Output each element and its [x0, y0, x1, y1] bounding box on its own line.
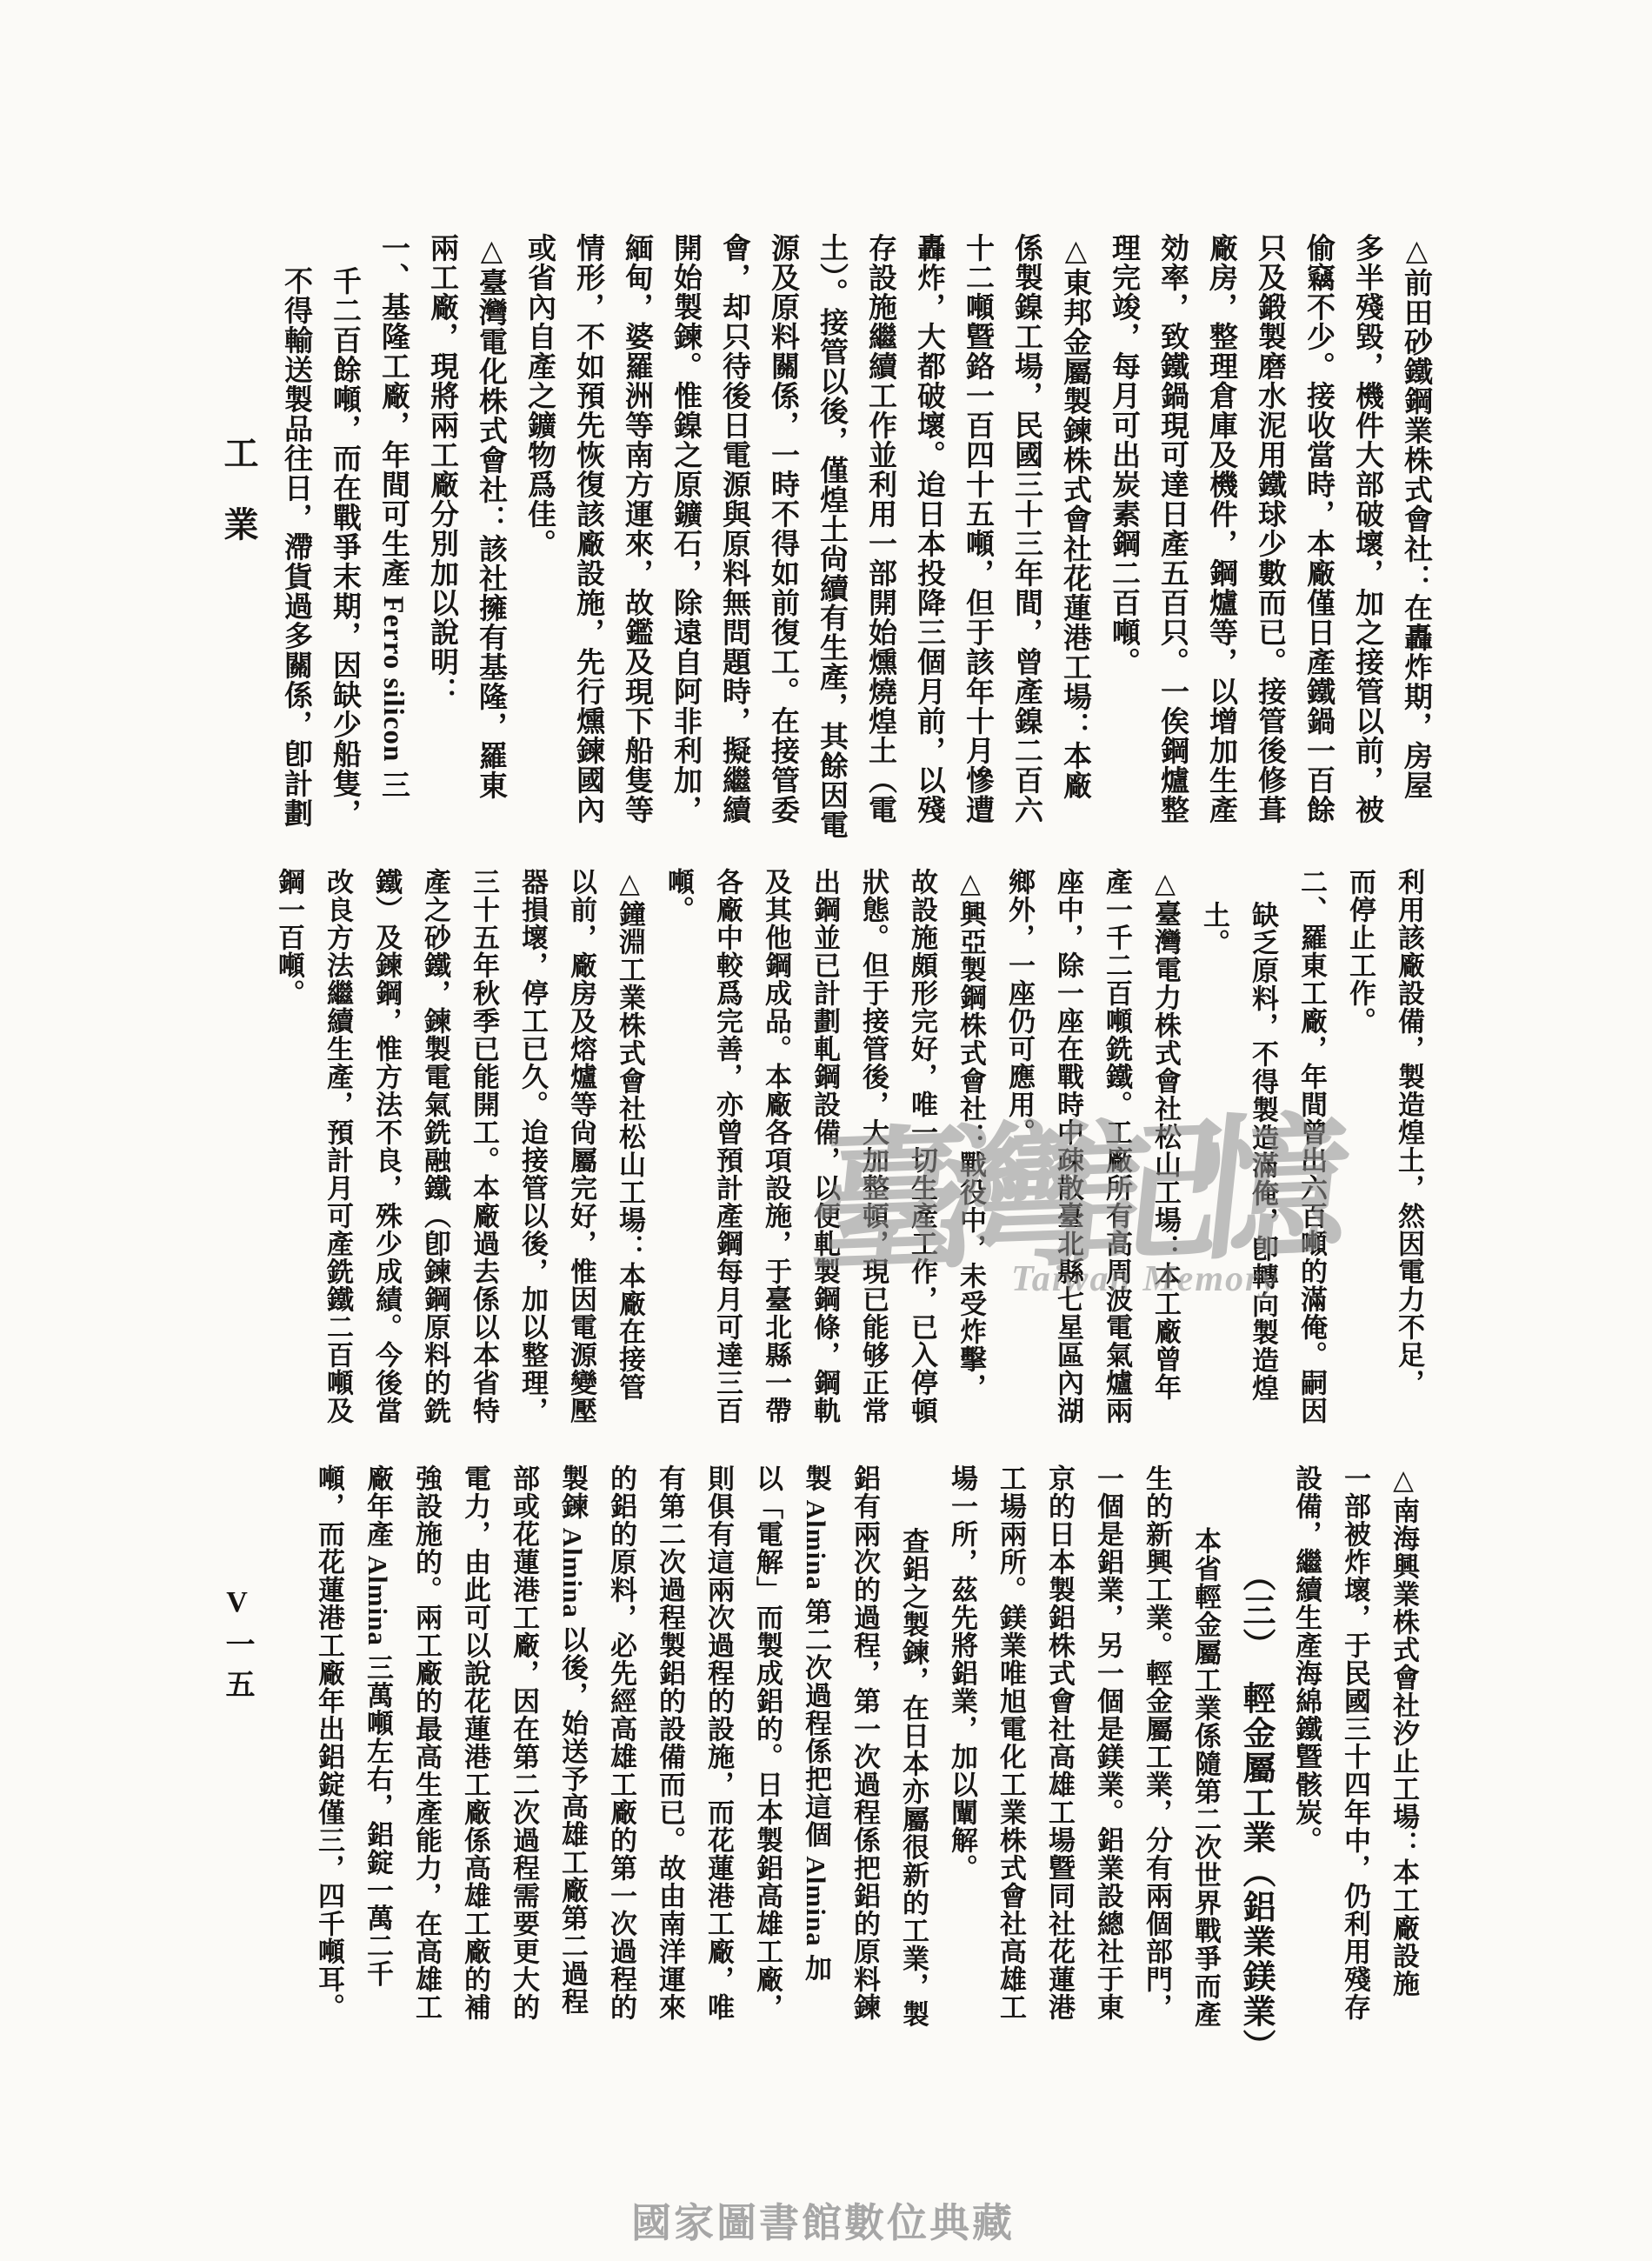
text-column: 電力，由此可以說花蓮港工廠係高雄工廠的補: [450, 1464, 499, 2021]
text-column: 查鋁之製鍊，在日本亦屬很新的工業，製: [889, 1464, 937, 2028]
text-register-1: △前田砂鐵鋼業株式會社：在轟炸期，房屋多半殘毀，機件大部破壞，加之接管以前，被偷…: [271, 233, 1440, 857]
text-column: 情形，不如預先恢復該廠設施，先行燻鍊國內: [563, 233, 612, 824]
text-column: 存設施繼續工作並利用一部開始燻燒煌土（電: [856, 233, 904, 824]
text-column: 一個是鋁業，另一個是鎂業。鋁業設總社于東: [1083, 1464, 1132, 2021]
text-column: 各廠中較爲完善，亦曾預計產鋼每月可達三百: [703, 868, 751, 1424]
text-column: 千二百餘噸，而在戰爭末期，因缺少船隻，: [320, 233, 369, 828]
text-register-3: △南海興業株式會社汐止工場：本工廠設施一部被炸壞，于民國三十四年中，仍利用殘存設…: [304, 1464, 1428, 2056]
text-column: △鐘淵工業株式會社松山工場：本廠在接管: [605, 868, 654, 1401]
text-column: 有第二次過程製鋁的設備而已。故由南洋運來: [645, 1464, 694, 2021]
text-column: 三十五年秋季已能開工。本廠過去係以本省特: [459, 868, 508, 1424]
text-column: 多半殘毀，機件大部破壞，加之接管以前，被: [1342, 233, 1391, 824]
text-column: 一部被炸壞，于民國三十四年中，仍利用殘存: [1330, 1464, 1379, 2021]
text-column: 本省輕金屬工業係隨第二次世界戰爭而產: [1181, 1464, 1229, 2028]
text-column: 一、基隆工廠，年間可生產 Ferro silicon 三: [369, 233, 417, 800]
text-column: 改良方法繼續生產，預計月可產銑鐵二百噸及: [313, 868, 362, 1424]
text-column: 土。: [1189, 868, 1238, 957]
text-column: 產之砂鐵，鍊製電氣銑融鐵（卽鍊鋼原料的銑: [410, 868, 459, 1424]
text-column: 則俱有這兩次過程的設施，而花蓮港工廠，唯: [694, 1464, 743, 2021]
text-column: 鐵）及鍊鋼，惟方法不良，殊少成績。今後當: [362, 868, 410, 1424]
text-column: 出鋼並已計劃軋鋼設備，以便軋製鋼條，鋼軌: [800, 868, 849, 1424]
text-column: 器損壞，停工已久。迨接管以後，加以整理，: [508, 868, 556, 1424]
text-column: 座中，除一座在戰時中疎散臺北縣七星區內湖: [1043, 868, 1092, 1424]
library-caption: 國家圖書館數位典藏: [631, 2191, 1015, 2249]
text-column: 場一所，茲先將鋁業，加以闡解。: [937, 1464, 986, 1882]
margin-section-label: 工業: [214, 435, 263, 577]
text-column: 緬甸，婆羅洲等南方運來，故鑑及現下船隻等: [612, 233, 661, 824]
text-column: 京的日本製鋁株式會社高雄工場曁同社花蓮港: [1035, 1464, 1083, 2021]
text-column: 而停止工作。: [1336, 868, 1384, 1035]
text-column: 只及鍛製磨水泥用鐵球少數而已。接管後修葺: [1245, 233, 1294, 824]
text-column: △東邦金屬製鍊株式會社花蓮港工場：本廠: [1050, 233, 1099, 800]
section-heading: （三） 輕金屬工業（鋁業鎂業）: [1229, 1464, 1282, 2064]
text-column: △興亞製鋼株式會社：戰役中，未受炸擊，: [946, 868, 995, 1401]
text-column: 或省內自產之鑛物爲佳。: [515, 233, 563, 558]
text-column: 生的新興工業。輕金屬工業，分有兩個部門，: [1132, 1464, 1181, 2021]
text-column: 利用該廠設備，製造煌土，然因電力不足，: [1384, 868, 1433, 1397]
scanned-document-page: { "page": { "paper_color": "#fbfaf7", "i…: [0, 0, 1652, 2261]
text-column: 係製鎳工場，民國三十三年間，曾產鎳二百六: [1002, 233, 1050, 824]
page-number: 一五: [221, 1629, 253, 1709]
text-column: 源及原料關係，一時不得如前復工。在接管委: [758, 233, 807, 824]
text-column: 強設施的。兩工廠的最高生產能力，在高雄工: [402, 1464, 450, 2021]
text-column: 設備，繼續生產海綿鐵曁骸炭。: [1282, 1464, 1330, 1854]
volume-label: V: [221, 1586, 253, 1629]
text-column: 鋁有兩次的過程，第一次過程係把鋁的原料鍊: [840, 1464, 889, 2021]
text-column: 理完竣，每月可出炭素鋼二百噸。: [1099, 233, 1148, 677]
text-column: 轟炸，大都破壞。迨日本投降三個月前，以殘: [904, 233, 953, 824]
margin-page-label: V一五: [216, 1586, 258, 1709]
text-column: 噸。: [654, 868, 703, 924]
text-column: 土）。接管以後，僅煌土尙續有生產，其餘因電: [807, 233, 856, 840]
text-column: 偷竊不少。接收當時，本廠僅日產鐵鍋一百餘: [1294, 233, 1342, 824]
text-column: △南海興業株式會社汐止工場：本工廠設施: [1379, 1464, 1428, 1998]
text-column: 製鍊 Almina 以後，始送予高雄工廠第二過程: [548, 1464, 596, 2016]
text-column: 以前，廠房及熔爐等尙屬完好，惟因電源變壓: [556, 868, 605, 1424]
text-column: 廠房，整理倉庫及機件，鋼爐等，以增加生產: [1196, 233, 1245, 824]
text-column: 部或花蓮港工廠，因在第二次過程需要更大的: [499, 1464, 548, 2021]
text-register-2: 利用該廠設備，製造煌土，然因電力不足，而停止工作。二、羅東工廠，年間曾出六百噸的…: [264, 868, 1433, 1457]
text-column: 會，却只待後日電源與原料無問題時，擬繼續: [709, 233, 758, 824]
text-column: 狀態。但于接管後，大加整頓，現已能够正常: [849, 868, 897, 1424]
text-column: 的鋁的原料，必先經高雄工廠的第一次過程的: [596, 1464, 645, 2021]
text-column: 二、羅東工廠，年間曾出六百噸的滿俺。嗣因: [1287, 868, 1336, 1424]
text-column: △臺灣電化株式會社：該社擁有基隆，羅東: [466, 233, 515, 800]
text-column: 鋼一百噸。: [264, 868, 313, 1007]
text-column: △臺灣電力株式會社松山工場：本工廠曾年: [1141, 868, 1189, 1401]
text-column: 以「電解」而製成鋁的。日本製鋁高雄工廠，: [743, 1464, 791, 2021]
text-column: 廠年產 Almina 三萬噸左右，鋁錠一萬二千: [353, 1464, 402, 1988]
text-column: 不得輸送製品往日，滯貨過多關係，卽計劃: [271, 233, 320, 828]
text-column: 鄉外，一座仍可應用。: [995, 868, 1043, 1146]
text-column: △前田砂鐵鋼業株式會社：在轟炸期，房屋: [1391, 233, 1440, 800]
text-column: 缺乏原料，不得製造滿俺，卽轉向製造煌: [1238, 868, 1287, 1402]
text-column: 兩工廠，現將兩工廠分別加以說明：: [417, 233, 466, 706]
text-column: 効率，致鐵鍋現可達日產五百只。一俟鋼爐整: [1148, 233, 1196, 824]
text-column: 開始製鍊。惟鎳之原鑛石，除遠自阿非利加，: [661, 233, 709, 824]
text-column: 產一千二百噸銑鐵。工廠所有高周波電氣爐兩: [1092, 868, 1141, 1424]
text-column: 及其他鋼成品。本廠各項設施，于臺北縣一帶: [751, 868, 800, 1424]
text-column: 故設施頗形完好，唯一切生產工作，已入停頓: [897, 868, 946, 1424]
text-column: 十二噸曁鉻一百四十五噸，但于該年十月慘遭: [953, 233, 1002, 824]
text-column: 噸，而花蓮港工廠年出鋁錠僅三，四千噸耳。: [304, 1464, 353, 2021]
text-column: 製 Almina 第二次過程係把這個 Almina 加: [791, 1464, 840, 1982]
text-column: 工場兩所。鎂業唯旭電化工業株式會社高雄工: [986, 1464, 1035, 2021]
